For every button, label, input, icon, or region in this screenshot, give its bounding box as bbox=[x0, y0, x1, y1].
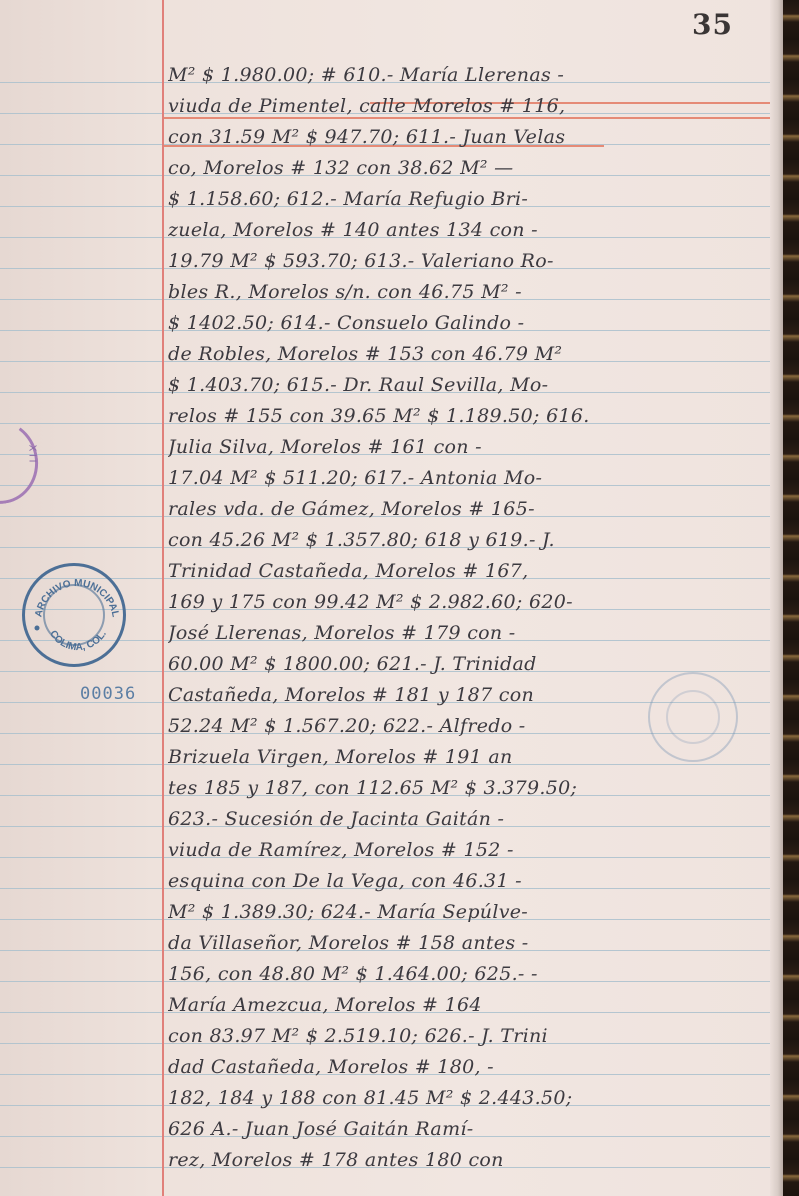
text-line: 169 y 175 con 99.42 M² $ 2.982.60; 620- bbox=[168, 587, 778, 618]
folio-number: 00036 bbox=[80, 684, 136, 704]
page-edge bbox=[770, 0, 783, 1196]
text-line: viuda de Pimentel, calle Morelos # 116, bbox=[168, 91, 778, 122]
text-line: tes 185 y 187, con 112.65 M² $ 3.379.50; bbox=[168, 773, 778, 804]
text-line: dad Castañeda, Morelos # 180, - bbox=[168, 1052, 778, 1083]
svg-text:ARCHIVO MUNICIPAL: ARCHIVO MUNICIPAL bbox=[33, 578, 120, 618]
text-line: María Amezcua, Morelos # 164 bbox=[168, 990, 778, 1021]
svg-text:COLIMA, COL.: COLIMA, COL. bbox=[47, 629, 109, 654]
text-line: con 83.97 M² $ 2.519.10; 626.- J. Trini bbox=[168, 1021, 778, 1052]
stamp-top-text: ARCHIVO MUNICIPAL bbox=[33, 578, 120, 618]
stamp-star-icon bbox=[35, 626, 40, 631]
text-line: Castañeda, Morelos # 181 y 187 con bbox=[168, 680, 778, 711]
text-line: 626 A.- Juan José Gaitán Ramí- bbox=[168, 1114, 778, 1145]
text-line: co, Morelos # 132 con 38.62 M² — bbox=[168, 153, 778, 184]
text-line: 156, con 48.80 M² $ 1.464.00; 625.- - bbox=[168, 959, 778, 990]
violet-stamp-fragment bbox=[0, 414, 45, 510]
text-line: da Villaseñor, Morelos # 158 antes - bbox=[168, 928, 778, 959]
text-line: rales vda. de Gámez, Morelos # 165- bbox=[168, 494, 778, 525]
page-number: 35 bbox=[692, 8, 733, 41]
text-line: zuela, Morelos # 140 antes 134 con - bbox=[168, 215, 778, 246]
text-line: José Llerenas, Morelos # 179 con - bbox=[168, 618, 778, 649]
text-line: esquina con De la Vega, con 46.31 - bbox=[168, 866, 778, 897]
text-line: Brizuela Virgen, Morelos # 191 an bbox=[168, 742, 778, 773]
text-line: 17.04 M² $ 511.20; 617.- Antonia Mo- bbox=[168, 463, 778, 494]
handwritten-entries: M² $ 1.980.00; # 610.- María Llerenas - … bbox=[168, 60, 778, 1176]
archivo-municipal-stamp: ARCHIVO MUNICIPAL COLIMA, COL. bbox=[22, 563, 126, 667]
text-line: 52.24 M² $ 1.567.20; 622.- Alfredo - bbox=[168, 711, 778, 742]
text-line: M² $ 1.389.30; 624.- María Sepúlve- bbox=[168, 897, 778, 928]
violet-stamp-text: X I I bbox=[26, 445, 37, 463]
text-line: $ 1402.50; 614.- Consuelo Galindo - bbox=[168, 308, 778, 339]
text-line: con 31.59 M² $ 947.70; 611.- Juan Velas bbox=[168, 122, 778, 153]
text-line: rez, Morelos # 178 antes 180 con bbox=[168, 1145, 778, 1176]
stamp-bottom-text: COLIMA, COL. bbox=[47, 629, 109, 654]
book-binding bbox=[783, 0, 799, 1196]
text-line: Trinidad Castañeda, Morelos # 167, bbox=[168, 556, 778, 587]
text-line: 60.00 M² $ 1800.00; 621.- J. Trinidad bbox=[168, 649, 778, 680]
ledger-page: 35 X I I ARCHIVO MUNICIPAL COLIMA, COL. … bbox=[0, 0, 785, 1196]
stamp-text-ring: ARCHIVO MUNICIPAL COLIMA, COL. bbox=[25, 566, 129, 670]
text-line: $ 1.403.70; 615.- Dr. Raul Sevilla, Mo- bbox=[168, 370, 778, 401]
text-line: M² $ 1.980.00; # 610.- María Llerenas - bbox=[168, 60, 778, 91]
text-line: 623.- Sucesión de Jacinta Gaitán - bbox=[168, 804, 778, 835]
text-line: 182, 184 y 188 con 81.45 M² $ 2.443.50; bbox=[168, 1083, 778, 1114]
text-line: bles R., Morelos s/n. con 46.75 M² - bbox=[168, 277, 778, 308]
text-line: relos # 155 con 39.65 M² $ 1.189.50; 616… bbox=[168, 401, 778, 432]
text-line: 19.79 M² $ 593.70; 613.- Valeriano Ro- bbox=[168, 246, 778, 277]
text-line: $ 1.158.60; 612.- María Refugio Bri- bbox=[168, 184, 778, 215]
text-line: con 45.26 M² $ 1.357.80; 618 y 619.- J. bbox=[168, 525, 778, 556]
text-line: de Robles, Morelos # 153 con 46.79 M² bbox=[168, 339, 778, 370]
margin-line bbox=[162, 0, 164, 1196]
text-line: viuda de Ramírez, Morelos # 152 - bbox=[168, 835, 778, 866]
text-line: Julia Silva, Morelos # 161 con - bbox=[168, 432, 778, 463]
